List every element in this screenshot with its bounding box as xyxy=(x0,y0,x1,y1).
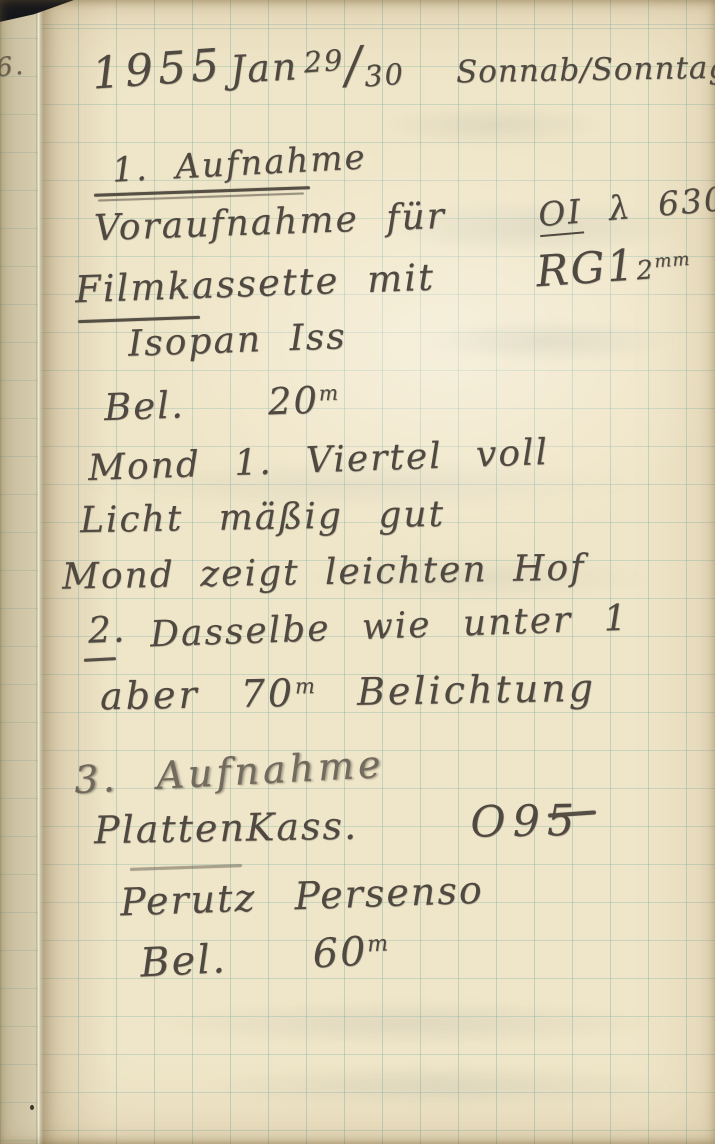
bleed-through-smudge xyxy=(378,105,608,145)
condition-light: Licht mäßig gut xyxy=(80,494,446,541)
entry2-exposure-unit: m xyxy=(295,674,316,698)
entry1-filter-thickness-unit: mm xyxy=(654,249,692,272)
entry1-film: Isopan Iss xyxy=(127,316,347,365)
bleed-through-smudge xyxy=(418,320,678,362)
entry2-number: 2. xyxy=(87,609,127,651)
date-weekday: Sonnab/Sonntag xyxy=(456,50,715,91)
entry1-exposure-label: Bel. xyxy=(103,383,185,429)
entry1-filter: RG1 xyxy=(534,240,637,297)
entry3-exposure-label: Bel. xyxy=(139,936,228,986)
entry3-plate: Perutz Persenso xyxy=(119,868,484,925)
entry3-cassette-line: PlattenKass. O95 xyxy=(94,796,582,854)
notebook-page-scan: 6. 1955 Jan 29/30 Sonnab/Sonntag 1. Aufn… xyxy=(0,0,715,1144)
entry3-title: Aufnahme xyxy=(155,742,385,798)
entry1-wavelength: λ 6300 xyxy=(607,177,715,228)
date-days: 29/30 xyxy=(302,33,406,98)
entry3-cassette-underline xyxy=(130,864,242,871)
entry1-cassette-line: Filmkassette mit xyxy=(74,256,435,312)
date-year: 1955 xyxy=(90,39,225,99)
entry1-object: OI xyxy=(537,191,585,237)
entry3-title-line: 3. Aufnahme xyxy=(73,742,385,802)
entry2-exposure-value: 70 xyxy=(240,671,295,716)
bleed-through-smudge xyxy=(198,1065,678,1107)
entry1-purpose-object-line: OI λ 6300 xyxy=(537,177,715,234)
entry1-filter-line: RG12mm xyxy=(534,237,692,298)
entry1-exposure-unit: m xyxy=(318,381,339,406)
notebook-page: 1955 Jan 29/30 Sonnab/Sonntag 1. Aufnahm… xyxy=(38,0,715,1144)
date-day-lower: 30 xyxy=(363,57,406,94)
entry3-exposure-value: 60 xyxy=(311,929,368,978)
entry1-exposure-value: 20 xyxy=(267,379,320,424)
date-day-slash: / xyxy=(343,35,366,94)
previous-page-edge: 6. xyxy=(0,0,38,1144)
condition-moon-halo: Mond zeigt leichten Hof xyxy=(62,547,586,597)
entry1-title: 1. Aufnahme xyxy=(111,137,367,190)
bleed-through-smudge xyxy=(148,1000,668,1046)
entry1-cassette-mid: mit xyxy=(366,256,435,301)
entry3-number: 3. xyxy=(73,756,120,802)
condition-moon-phase: Mond 1. Viertel voll xyxy=(87,432,549,489)
entry3-exposure-line: Bel. 60m xyxy=(139,928,391,987)
entry3-cassette-label: PlattenKass. xyxy=(94,804,359,853)
entry1-filter-thickness: 2 xyxy=(635,255,656,286)
entry1-purpose-text: Voraufnahme für xyxy=(93,196,446,249)
entry2-post: Belichtung xyxy=(357,666,597,714)
entry2-number-underline xyxy=(84,657,116,662)
date-month: Jan xyxy=(229,44,300,92)
entry1-exposure-line: Bel. 20m xyxy=(103,378,340,429)
date-day-upper: 29 xyxy=(303,43,346,80)
entry2-text: Dasselbe wie unter 1 xyxy=(149,598,629,656)
paper-speck xyxy=(30,1105,34,1110)
entry2-exposure-line: aber 70m Belichtung xyxy=(100,666,597,719)
previous-page-text-fragment: 6. xyxy=(0,51,26,84)
entry1-cassette-word: Filmkassette xyxy=(74,259,340,311)
entry3-exposure-unit: m xyxy=(366,931,389,957)
entry3-cassette-id: O95 xyxy=(470,796,582,848)
entry2-pre: aber xyxy=(100,673,200,719)
